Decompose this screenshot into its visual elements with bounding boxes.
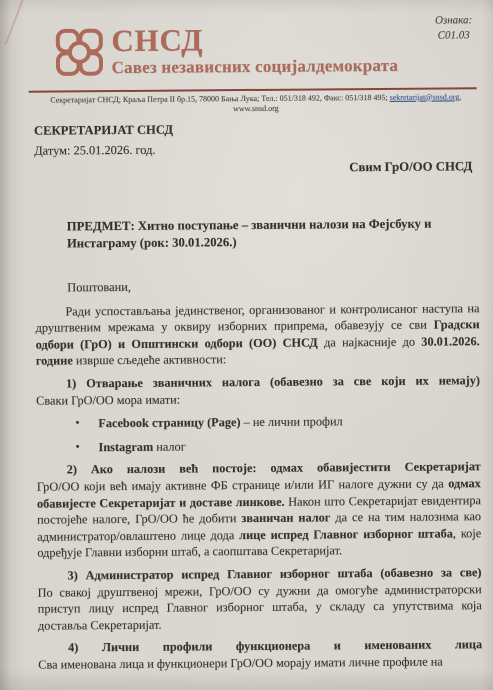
text-run-bold: 2) Ако налози већ постоје: одмах обавије…	[67, 460, 481, 477]
paragraph: По свакој друштвеној мрежи, ГрО/ОО су ду…	[38, 581, 482, 634]
text-run-bold: Instagram	[98, 440, 153, 454]
scanned-letter-page: Ознака: C01.03 СНСД Савез независних соц…	[0, 0, 493, 690]
text-run: Сва именована лица и функционери ГрО/ОО …	[38, 654, 443, 671]
text-run-bold: 3) Администратор испред Главног изборног…	[67, 565, 481, 582]
subject-line: ПРЕДМЕТ: Хитно поступање – званични нало…	[67, 215, 439, 253]
text-run: По свакој друштвеној мрежи, ГрО/ОО су ду…	[38, 582, 482, 633]
org-full-name: Савез независних социјалдемократа	[111, 55, 398, 77]
text-run: Ради успостављања јединственог, организо…	[36, 301, 480, 335]
text-run-bold: званичан налог	[241, 510, 330, 525]
text-run: ГрО/ОО који већ имају активне ФБ страниц…	[37, 476, 448, 493]
letterhead: СНСД Савез независних социјалдемократа	[54, 22, 477, 78]
text-run: Сваки ГрО/ОО мора имати:	[36, 392, 180, 407]
recipient-line: Свим ГрО/ОО СНСД	[34, 159, 478, 177]
paragraph: Ради успостављања јединственог, организо…	[35, 300, 480, 370]
salutation: Поштовани,	[67, 277, 479, 295]
text-run: налог	[153, 439, 186, 453]
text-run-bold: 1) Отварање званичних налога (обавезно з…	[66, 373, 480, 390]
doc-code: Ознака: C01.03	[435, 13, 472, 43]
org-acronym: СНСД	[111, 23, 398, 57]
text-run-bold: Facebook страницу (Page)	[98, 415, 240, 430]
bullet-dot: •	[75, 414, 79, 431]
text-run: изврше сљедеће активности:	[73, 353, 227, 368]
text-run: – не лични профил	[240, 414, 342, 429]
paragraph: Сва именована лица и функционери ГрО/ОО …	[38, 653, 482, 673]
snsd-quatrefoil-icon	[54, 27, 104, 77]
page-content: Ознака: C01.03 СНСД Савез независних соц…	[0, 0, 493, 690]
contact-suffix: ,	[459, 92, 461, 101]
department-title: СЕКРЕТАРИЈАТ СНСД	[34, 120, 478, 138]
text-run: да најкасније до	[318, 334, 422, 349]
bullet-item: •Facebook страницу (Page) – не лични про…	[98, 412, 480, 432]
letter-body: Ради успостављања јединственог, организо…	[35, 300, 482, 673]
text-run-bold: лице испред Главног изборног штаба	[239, 526, 453, 542]
bullet-dot: •	[75, 438, 79, 455]
email-link[interactable]: sekretarijat@snsd.org	[390, 92, 460, 102]
text-run-bold: 4) Лични профили функционера и именовани…	[68, 637, 482, 654]
doc-code-value: C01.03	[435, 28, 472, 43]
contact-text: Секретаријат СНСД; Краља Петра II бр.15,…	[50, 93, 387, 105]
paragraph: 1) Отварање званичних налога (обавезно з…	[36, 372, 480, 392]
doc-code-label: Ознака:	[435, 13, 472, 28]
paragraph: ГрО/ОО који већ имају активне ФБ страниц…	[37, 475, 482, 561]
date-line: Датум: 25.01.2026. год.	[34, 140, 478, 158]
bullet-item: •Instagram налог	[98, 436, 480, 456]
paragraph: Сваки ГрО/ОО мора имати:	[36, 389, 480, 409]
org-identity: СНСД Савез независних социјалдемократа	[111, 23, 398, 78]
contact-block: Секретаријат СНСД; Краља Петра II бр.15,…	[34, 92, 478, 115]
